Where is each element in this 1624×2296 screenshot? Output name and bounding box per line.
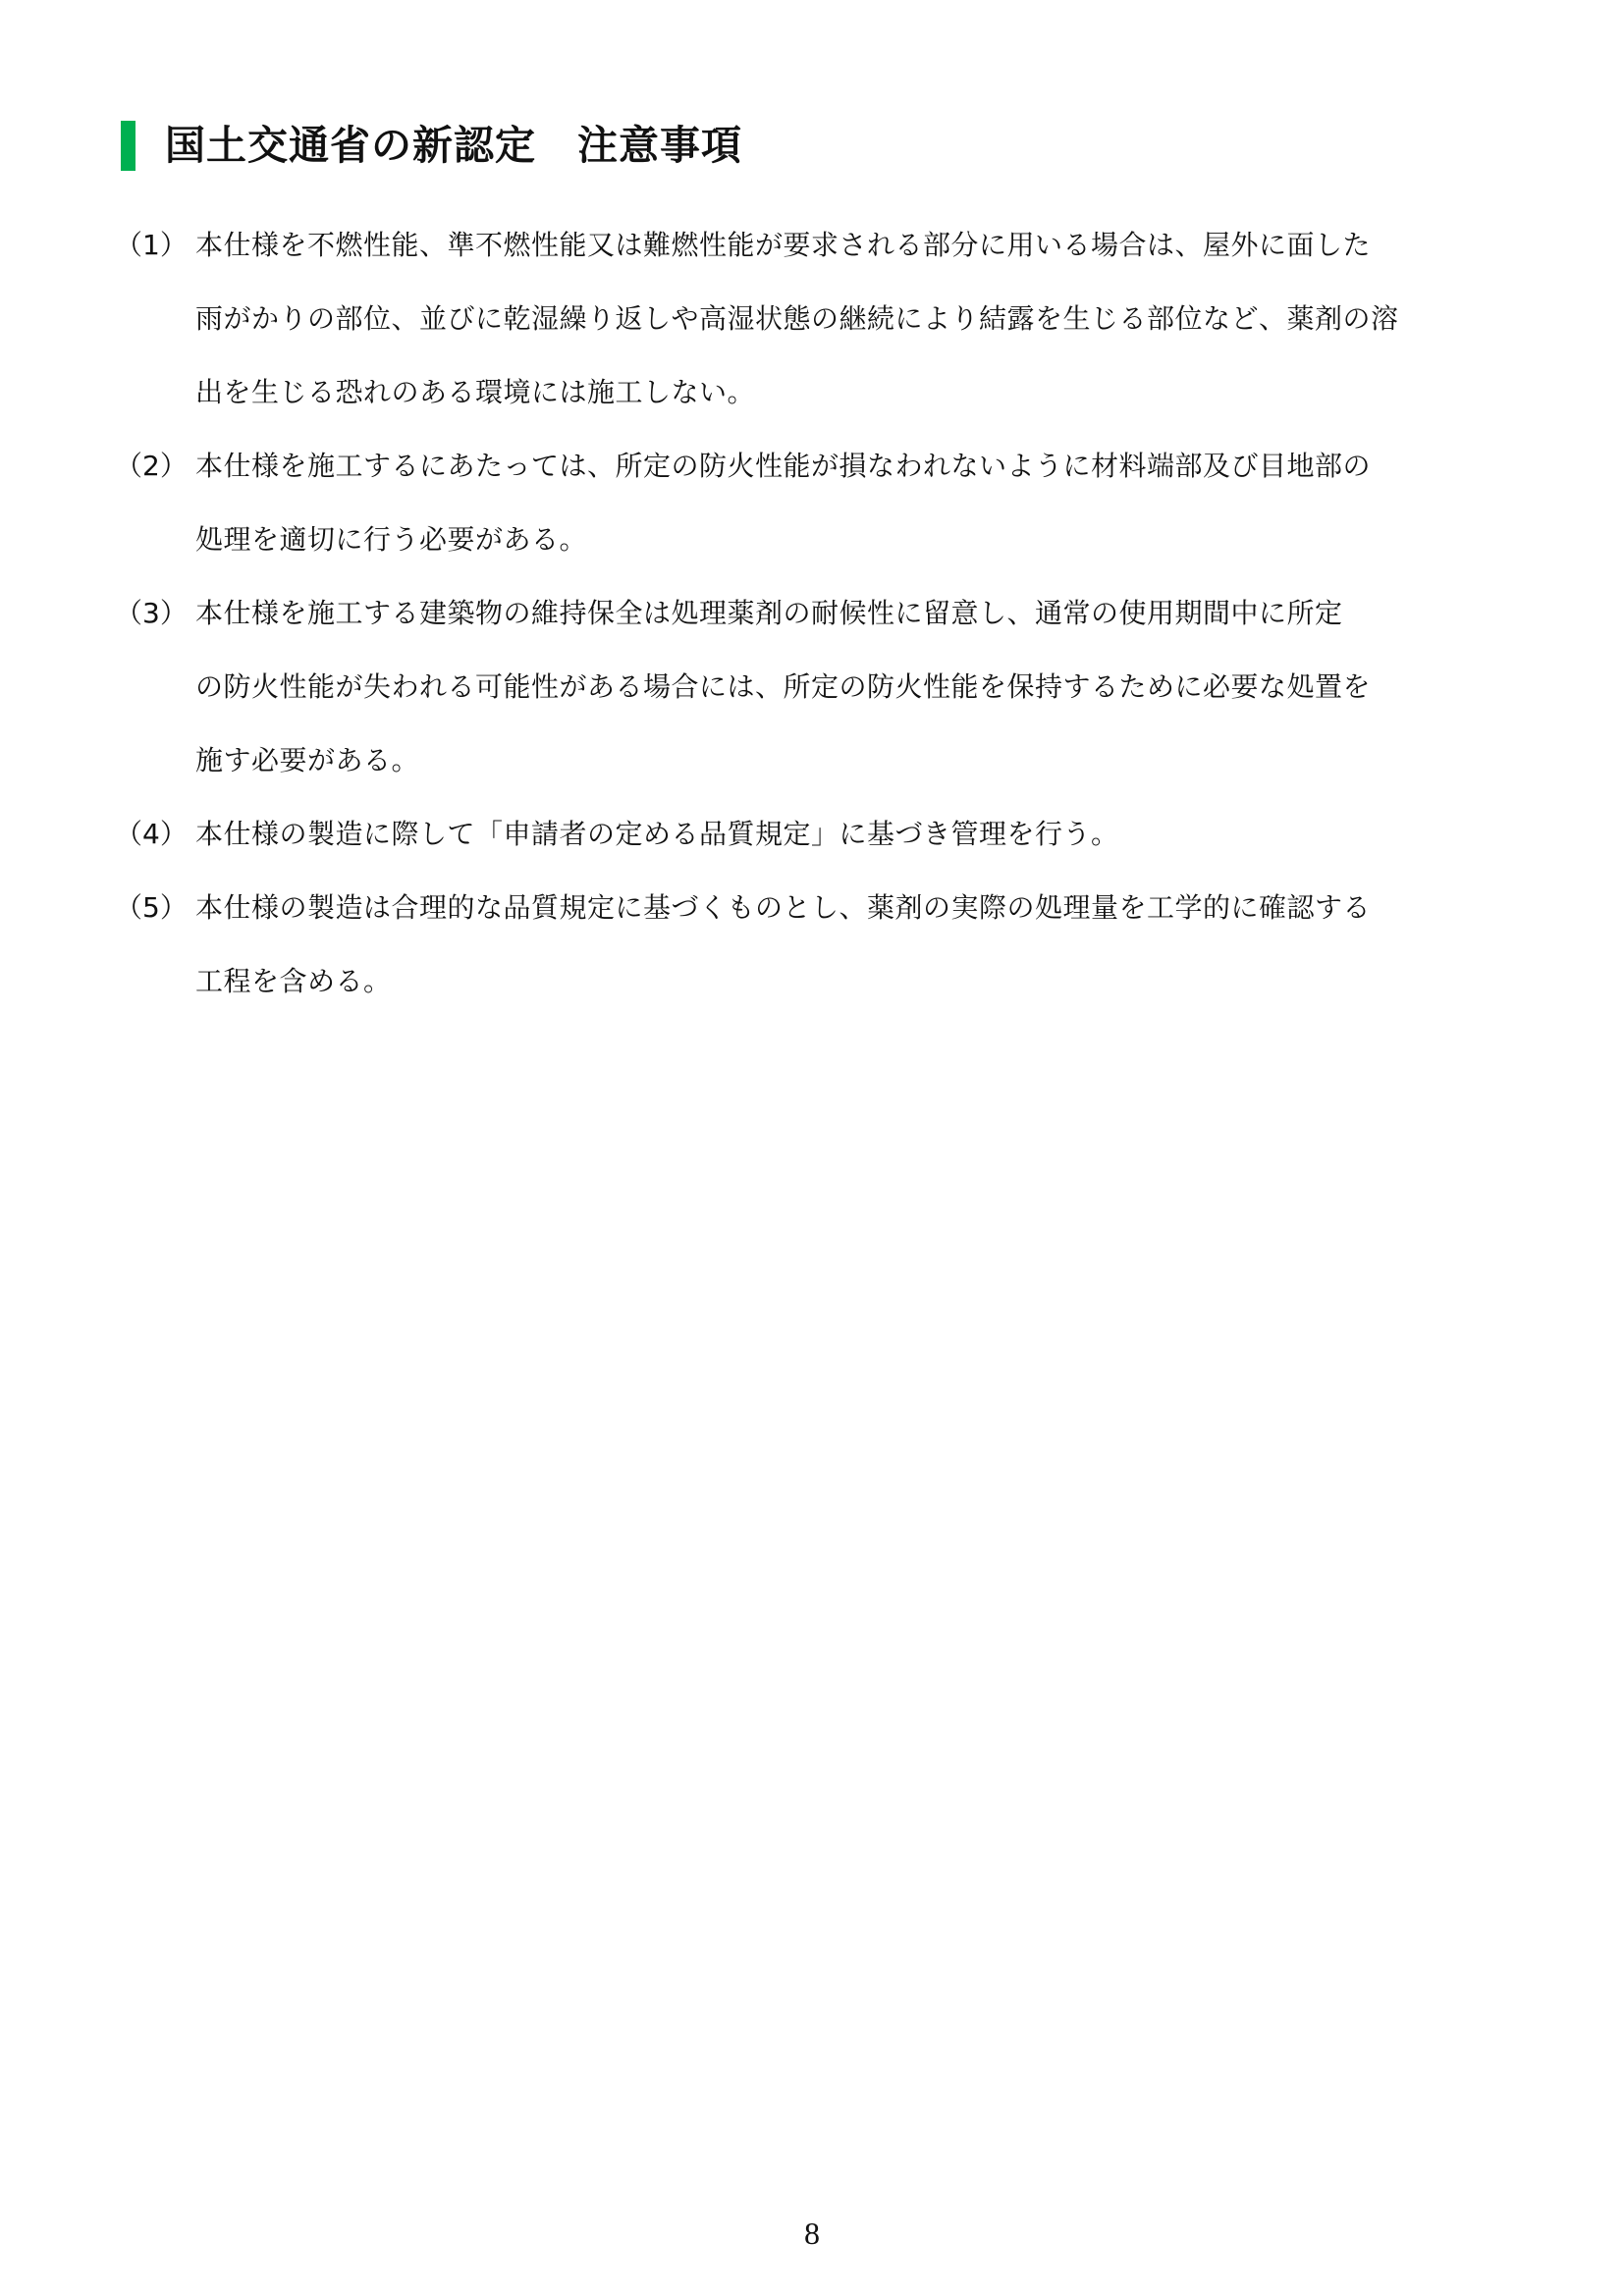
page-number: 8 [0,2214,1624,2253]
note-body: 本仕様の製造に際して「申請者の定める品質規定」に基づき管理を行う。 [195,797,1509,871]
note-body: 本仕様を不燃性能、準不燃性能又は難燃性能が要求される部分に用いる場合は、屋外に面… [195,208,1509,429]
note-number: （1） [115,208,195,282]
section-heading: 国土交通省の新認定 注意事項 [121,116,742,175]
note-item-3: （3） 本仕様を施工する建築物の維持保全は処理薬剤の耐候性に留意し、通常の使用期… [115,576,1509,797]
note-number: （3） [115,576,195,650]
note-line: 本仕様を不燃性能、準不燃性能又は難燃性能が要求される部分に用いる場合は、屋外に面… [195,208,1509,282]
heading-title: 国土交通省の新認定 注意事項 [165,116,742,175]
notes-list: （1） 本仕様を不燃性能、準不燃性能又は難燃性能が要求される部分に用いる場合は、… [115,208,1509,1018]
note-item-2: （2） 本仕様を施工するにあたっては、所定の防火性能が損なわれないように材料端部… [115,429,1509,576]
note-line: 本仕様を施工する建築物の維持保全は処理薬剤の耐候性に留意し、通常の使用期間中に所… [195,576,1509,650]
note-line: 本仕様の製造は合理的な品質規定に基づくものとし、薬剤の実際の処理量を工学的に確認… [195,871,1509,944]
note-number: （5） [115,871,195,944]
note-body: 本仕様を施工する建築物の維持保全は処理薬剤の耐候性に留意し、通常の使用期間中に所… [195,576,1509,797]
note-line: 本仕様の製造に際して「申請者の定める品質規定」に基づき管理を行う。 [195,797,1509,871]
note-line: 出を生じる恐れのある環境には施工しない。 [195,355,1509,429]
note-line: 施す必要がある。 [195,723,1509,797]
note-item-4: （4） 本仕様の製造に際して「申請者の定める品質規定」に基づき管理を行う。 [115,797,1509,871]
note-line: 雨がかりの部位、並びに乾湿繰り返しや高湿状態の継続により結露を生じる部位など、薬… [195,282,1509,355]
note-item-1: （1） 本仕様を不燃性能、準不燃性能又は難燃性能が要求される部分に用いる場合は、… [115,208,1509,429]
note-item-5: （5） 本仕様の製造は合理的な品質規定に基づくものとし、薬剤の実際の処理量を工学… [115,871,1509,1018]
document-page: 国土交通省の新認定 注意事項 （1） 本仕様を不燃性能、準不燃性能又は難燃性能が… [0,0,1624,2296]
heading-accent-bar [121,121,135,171]
note-line: の防火性能が失われる可能性がある場合には、所定の防火性能を保持するために必要な処… [195,650,1509,723]
note-number: （4） [115,797,195,871]
note-line: 処理を適切に行う必要がある。 [195,503,1509,576]
note-body: 本仕様を施工するにあたっては、所定の防火性能が損なわれないように材料端部及び目地… [195,429,1509,576]
note-body: 本仕様の製造は合理的な品質規定に基づくものとし、薬剤の実際の処理量を工学的に確認… [195,871,1509,1018]
note-line: 工程を含める。 [195,944,1509,1018]
note-number: （2） [115,429,195,503]
note-line: 本仕様を施工するにあたっては、所定の防火性能が損なわれないように材料端部及び目地… [195,429,1509,503]
